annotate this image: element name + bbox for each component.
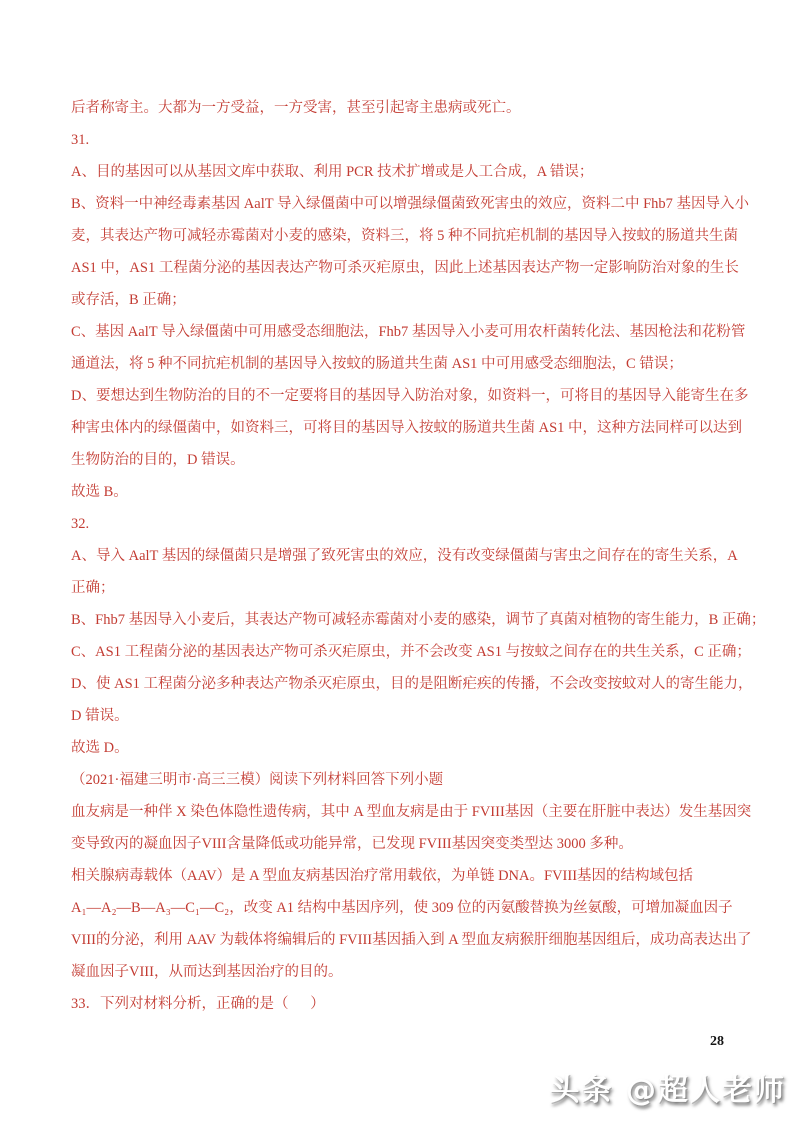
answer-explanation-text-block: 后者称寄主。大都为一方受益，一方受害，甚至引起寄主患病或死亡。31.A、目的基因… [71,92,731,1020]
page-number: 28 [710,1034,724,1050]
text-line: 或存活，B 正确； [71,284,731,316]
text-line: 凝血因子VIII，从而达到基因治疗的目的。 [71,956,731,988]
text-line: 通道法，将 5 种不同抗疟机制的基因导入按蚊的肠道共生菌 AS1 中可用感受态细… [71,348,731,380]
text-line: 麦，其表达产物可减轻赤霉菌对小麦的感染，资料三，将 5 种不同抗疟机制的基因导入… [71,220,731,252]
text-line: VIII的分泌，利用 AAV 为载体将编辑后的 FVIII基因插入到 A 型血友… [71,924,731,956]
text-line: C、基因 AalT 导入绿僵菌中可用感受态细胞法，Fhb7 基因导入小麦可用农杆… [71,316,731,348]
text-line: A、导入 AalT 基因的绿僵菌只是增强了致死害虫的效应，没有改变绿僵菌与害虫之… [71,540,731,572]
text-line: D 错误。 [71,700,731,732]
text-line: 种害虫体内的绿僵菌中，如资料三，可将目的基因导入按蚊的肠道共生菌 AS1 中，这… [71,412,731,444]
document-page: 后者称寄主。大都为一方受益，一方受害，甚至引起寄主患病或死亡。31.A、目的基因… [0,0,794,1123]
text-line: 33．下列对材料分析，正确的是（ ） [71,988,731,1020]
text-line: A₁—A₂—B—A₃—C₁—C₂，改变 A1 结构中基因序列，使 309 位的丙… [71,892,731,924]
text-line: 31. [71,124,731,156]
text-line: 相关腺病毒载体（AAV）是 A 型血友病基因治疗常用载依，为单链 DNA。FVI… [71,860,731,892]
text-line: 后者称寄主。大都为一方受益，一方受害，甚至引起寄主患病或死亡。 [71,92,731,124]
text-line: 正确； [71,572,731,604]
text-line: 故选 B。 [71,476,731,508]
text-line: D、要想达到生物防治的目的不一定要将目的基因导入防治对象，如资料一，可将目的基因… [71,380,731,412]
text-line: 生物防治的目的，D 错误。 [71,444,731,476]
text-line: C、AS1 工程菌分泌的基因表达产物可杀灭疟原虫，并不会改变 AS1 与按蚊之间… [71,636,731,668]
text-line: A、目的基因可以从基因文库中获取、利用 PCR 技术扩增或是人工合成，A 错误； [71,156,731,188]
text-line: （2021·福建三明市·高三三模）阅读下列材料回答下列小题 [71,764,731,796]
text-line: 故选 D。 [71,732,731,764]
text-line: B、Fhb7 基因导入小麦后，其表达产物可减轻赤霉菌对小麦的感染，调节了真菌对植… [71,604,731,636]
text-line: AS1 中，AS1 工程菌分泌的基因表达产物可杀灭疟原虫，因此上述基因表达产物一… [71,252,731,284]
text-line: 变导致丙的凝血因子VIII含量降低或功能异常，已发现 FVIII基因突变类型达 … [71,828,731,860]
text-line: 血友病是一种伴 X 染色体隐性遗传病，其中 A 型血友病是由于 FVIII基因（… [71,796,731,828]
text-line: D、使 AS1 工程菌分泌多种表达产物杀灭疟原虫，目的是阻断疟疾的传播，不会改变… [71,668,731,700]
text-line: B、资料一中神经毒素基因 AalT 导入绿僵菌中可以增强绿僵菌致死害虫的效应，资… [71,188,731,220]
watermark: 头条 @超人老师 [550,1065,786,1109]
text-line: 32. [71,508,731,540]
